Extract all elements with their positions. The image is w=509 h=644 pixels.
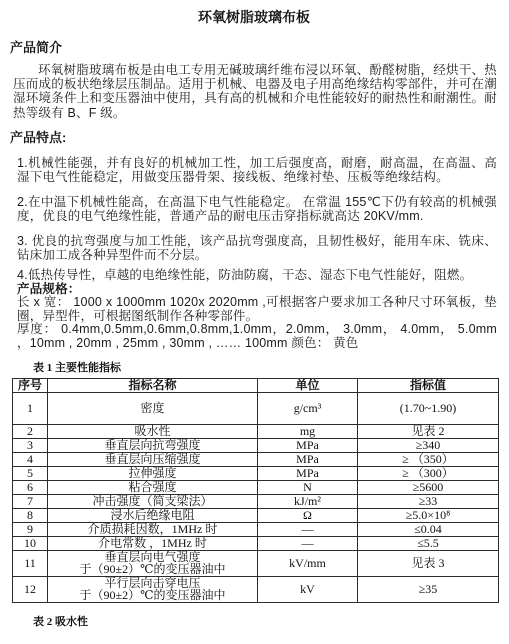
row-value-cell: 见表 3 [358,550,499,576]
row-name-cell: 垂直层向电气强度 于（90±2）℃的变压器油中 [48,550,258,576]
row-unit-cell: — [258,536,358,550]
table-row: 6粘合强度N≥5600 [13,480,499,494]
performance-table: 序号 指标名称 单位 指标值 1密度g/cm³(1.70~1.90)2吸水性mg… [12,378,499,603]
feature-item-4: 4.低热传导性，卓越的电绝缘性能，防油防腐，干态、湿态下电气性能好，阻燃。 [17,269,497,283]
col-header-value: 指标值 [358,378,499,392]
intro-heading: 产品简介 [10,40,498,55]
table-row: 8浸水后绝缘电阻Ω≥5.0×10⁸ [13,508,499,522]
row-value-cell: ≥35 [358,576,499,602]
row-no-cell: 8 [13,508,48,522]
row-name-cell: 介质损耗因数，1MHz 时 [48,522,258,536]
row-no-cell: 10 [13,536,48,550]
table-row: 3垂直层向抗弯强度MPa≥340 [13,438,499,452]
row-value-cell: ≥33 [358,494,499,508]
row-value-cell: ≥5.0×10⁸ [358,508,499,522]
row-value-cell: ≥ （350） [358,452,499,466]
row-value-cell: 见表 2 [358,424,499,438]
row-value-cell: ≥340 [358,438,499,452]
row-name-cell: 冲击强度（简支梁法） [48,494,258,508]
table-row: 12平行层向击穿电压 于（90±2）℃的变压器油中kV≥35 [13,576,499,602]
row-unit-cell: g/cm³ [258,392,358,424]
table-row: 9介质损耗因数，1MHz 时—≤0.04 [13,522,499,536]
feature-item-2: 2.在中温下机械性能高，在高温下电气性能稳定。 在常温 155℃下仍有较高的机械… [17,195,497,223]
row-value-cell: ≥5600 [358,480,499,494]
row-unit-cell: N [258,480,358,494]
row-value-cell: ≤0.04 [358,522,499,536]
row-no-cell: 3 [13,438,48,452]
row-name-cell: 垂直层向抗弯强度 [48,438,258,452]
col-header-name: 指标名称 [48,378,258,392]
row-name-cell: 平行层向击穿电压 于（90±2）℃的变压器油中 [48,576,258,602]
row-unit-cell: kJ/m² [258,494,358,508]
table-row: 2吸水性mg见表 2 [13,424,499,438]
row-no-cell: 7 [13,494,48,508]
row-value-cell: ≥ （300） [358,466,499,480]
row-name-cell: 吸水性 [48,424,258,438]
row-unit-cell: kV [258,576,358,602]
row-value-cell: ≤5.5 [358,536,499,550]
row-name-cell: 密度 [48,392,258,424]
document-title: 环氧树脂玻璃布板 [10,9,498,25]
table1-caption: 表 1 主要性能指标 [33,362,498,375]
specs-section: 4.低热传导性，卓越的电绝缘性能，防油防腐，干态、湿态下电气性能好，阻燃。 产品… [17,269,497,351]
row-unit-cell: MPa [258,452,358,466]
row-no-cell: 6 [13,480,48,494]
features-heading: 产品特点: [10,130,498,145]
table-row: 11垂直层向电气强度 于（90±2）℃的变压器油中kV/mm见表 3 [13,550,499,576]
row-name-cell: 拉伸强度 [48,466,258,480]
row-name-cell: 粘合强度 [48,480,258,494]
table2-caption: 表 2 吸水性 [33,616,498,629]
specs-size-line: 长 x 宽： 1000 x 1000mm 1020x 2020mm ,可根据客户… [17,296,497,323]
col-header-unit: 单位 [258,378,358,392]
row-no-cell: 9 [13,522,48,536]
performance-table-body: 1密度g/cm³(1.70~1.90)2吸水性mg见表 23垂直层向抗弯强度MP… [13,392,499,602]
table-header-row: 序号 指标名称 单位 指标值 [13,378,499,392]
table-row: 7冲击强度（简支梁法）kJ/m²≥33 [13,494,499,508]
row-unit-cell: mg [258,424,358,438]
row-no-cell: 4 [13,452,48,466]
feature-item-3: 3. 优良的抗弯强度与加工性能，该产品抗弯强度高，且韧性极好，能用车床、铣床、钻… [17,234,497,262]
row-name-cell: 浸水后绝缘电阻 [48,508,258,522]
document-page: 环氧树脂玻璃布板 产品简介 环氧树脂玻璃布板是由电工专用无碱玻璃纤维布浸以环氧、… [0,0,509,644]
row-unit-cell: kV/mm [258,550,358,576]
feature-item-1: 1.机械性能强，并有良好的机械加工性，加工后强度高，耐磨，耐高温，在高温、高湿下… [17,156,497,184]
row-no-cell: 5 [13,466,48,480]
row-no-cell: 11 [13,550,48,576]
table-row: 1密度g/cm³(1.70~1.90) [13,392,499,424]
row-name-cell: 垂直层向压缩强度 [48,452,258,466]
row-no-cell: 1 [13,392,48,424]
row-unit-cell: MPa [258,466,358,480]
intro-paragraph: 环氧树脂玻璃布板是由电工专用无碱玻璃纤维布浸以环氧、酚醛树脂，经烘干、热压而成的… [13,63,497,120]
table-row: 5拉伸强度MPa≥ （300） [13,466,499,480]
row-unit-cell: Ω [258,508,358,522]
row-value-cell: (1.70~1.90) [358,392,499,424]
specs-thickness-line: 厚度： 0.4mm,0.5mm,0.6mm,0.8mm,1.0mm，2.0mm，… [17,323,497,350]
table-row: 10介电常数 ，1MHz 时—≤5.5 [13,536,499,550]
row-name-cell: 介电常数 ，1MHz 时 [48,536,258,550]
col-header-no: 序号 [13,378,48,392]
row-unit-cell: — [258,522,358,536]
row-no-cell: 2 [13,424,48,438]
table-row: 4垂直层向压缩强度MPa≥ （350） [13,452,499,466]
row-no-cell: 12 [13,576,48,602]
row-unit-cell: MPa [258,438,358,452]
